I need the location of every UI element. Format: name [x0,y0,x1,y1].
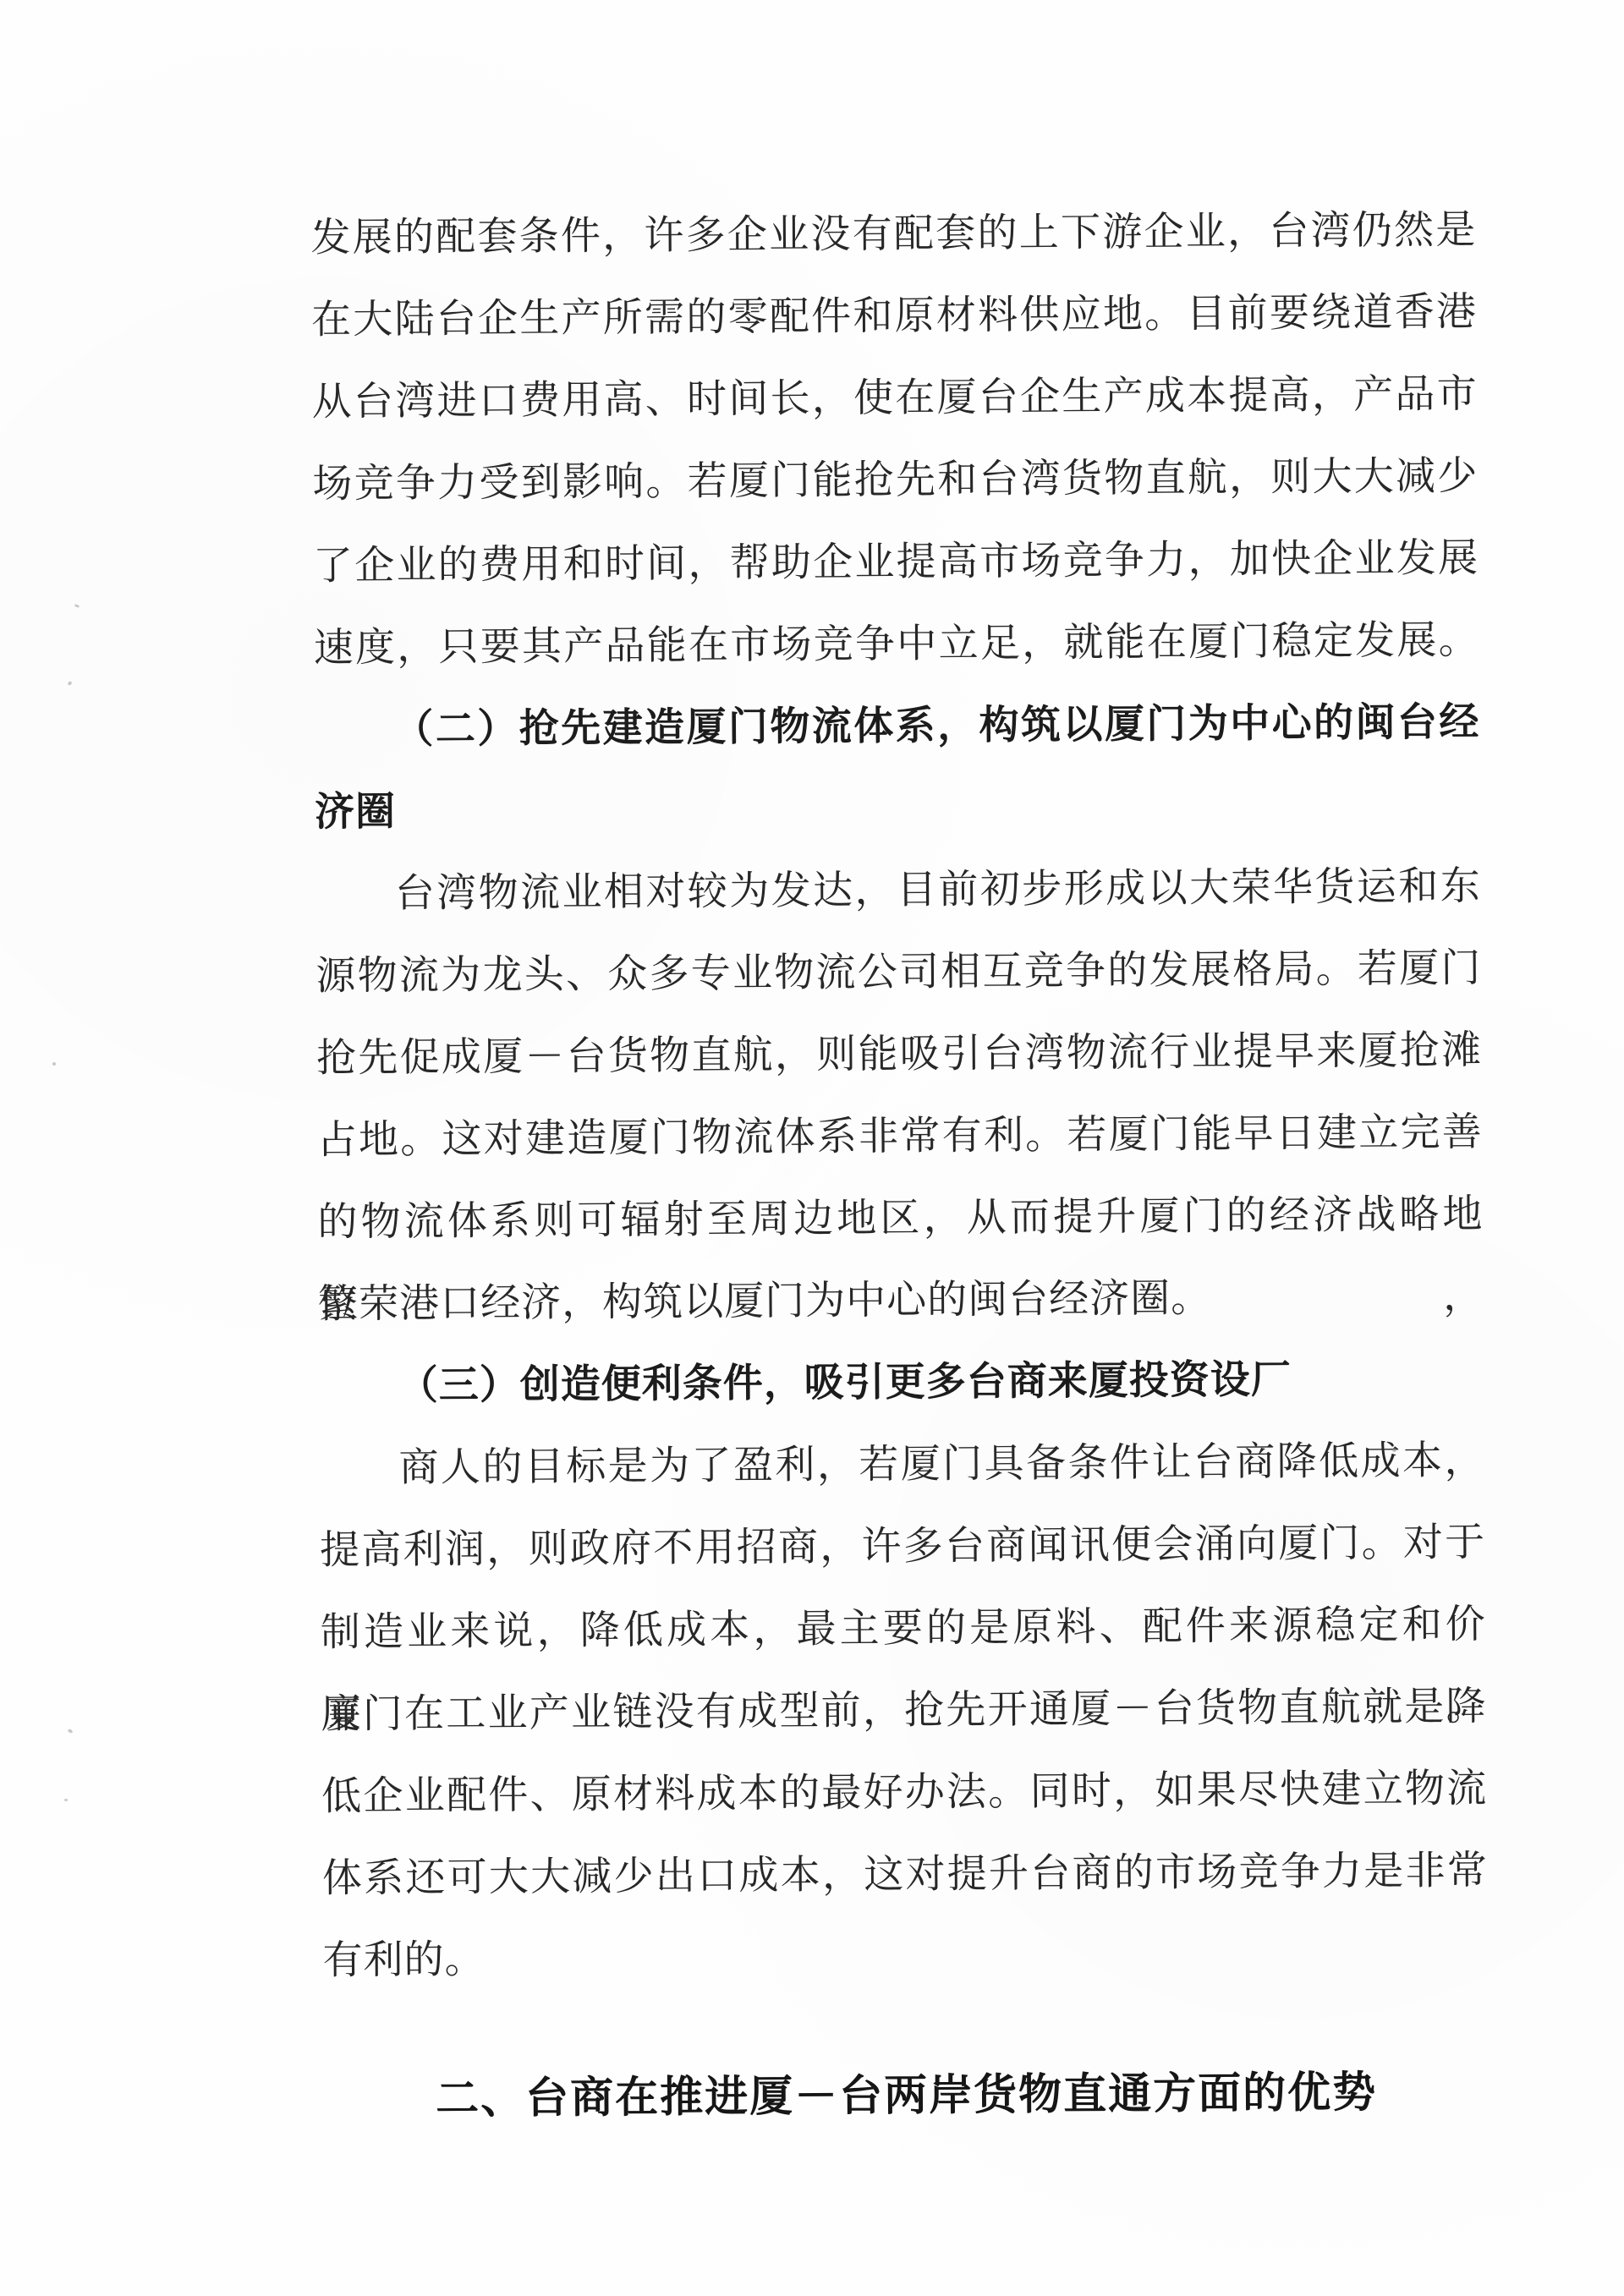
text-line: 在大陆台企生产所需的零配件和原材料供应地。目前要绕道香港 [311,271,1478,361]
scan-artifact [52,1062,56,1066]
scan-artifact [67,681,72,686]
text-line: 的物流体系则可辐射至周边地区，从而提升厦门的经济战略地位， [317,1173,1484,1263]
section-title: 二、台商在推进厦－台两岸货物直通方面的优势 [323,2051,1490,2141]
text-line: 低企业配件、原材料成本的最好办法。同时，如果尽快建立物流 [321,1747,1488,1838]
heading-line: （三）创造便利条件，吸引更多台商来厦投资设厂 [318,1337,1484,1427]
text-line: 了企业的费用和时间，帮助企业提高市场竞争力，加快企业发展 [313,517,1479,607]
text-line: 厦门在工业产业链没有成型前，抢先开通厦－台货物直航就是降 [321,1665,1487,1756]
heading-line: 济圈 [315,763,1481,853]
text-line: 台湾物流业相对较为发达，目前初步形成以大荣华货运和东 [315,845,1481,935]
text-line: 发展的配套条件，许多企业没有配套的上下游企业，台湾仍然是 [310,189,1477,279]
text-line: 体系还可大大减少出口成本，这对提升台商的市场竞争力是非常 [322,1829,1489,1920]
heading-line: （二）抢先建造厦门物流体系，构筑以厦门为中心的闽台经 [314,681,1480,771]
text-line: 从台湾进口费用高、时间长，使在厦台企生产成本提高，产品市 [311,353,1478,443]
text-block: 发展的配套条件，许多企业没有配套的上下游企业，台湾仍然是在大陆台企生产所需的零配… [310,189,1490,2141]
text-line: 商人的目标是为了盈利，若厦门具备条件让台商降低成本， [319,1419,1485,1510]
scan-artifact [64,1799,68,1801]
scan-artifact [1392,1448,1396,1452]
text-line: 提高利润，则政府不用招商，许多台商闻讯便会涌向厦门。对于 [320,1501,1486,1592]
text-line: 抢先促成厦－台货物直航，则能吸引台湾物流行业提早来厦抢滩 [316,1009,1483,1099]
scan-artifact [74,604,80,608]
scan-artifact [67,1729,73,1734]
text-line: 速度，只要其产品能在市场竞争中立足，就能在厦门稳定发展。 [313,599,1479,689]
text-line: 场竞争力受到影响。若厦门能抢先和台湾货物直航，则大大减少 [312,435,1479,525]
text-line: 制造业来说，降低成本，最主要的是原料、配件来源稳定和价廉。 [321,1583,1487,1674]
scanned-page: 发展的配套条件，许多企业没有配套的上下游企业，台湾仍然是在大陆台企生产所需的零配… [0,0,1624,2296]
text-line: 占地。这对建造厦门物流体系非常有利。若厦门能早日建立完善 [316,1091,1483,1181]
text-line: 源物流为龙头、众多专业物流公司相互竞争的发展格局。若厦门 [315,927,1482,1017]
text-line: 有利的。 [322,1911,1489,2002]
